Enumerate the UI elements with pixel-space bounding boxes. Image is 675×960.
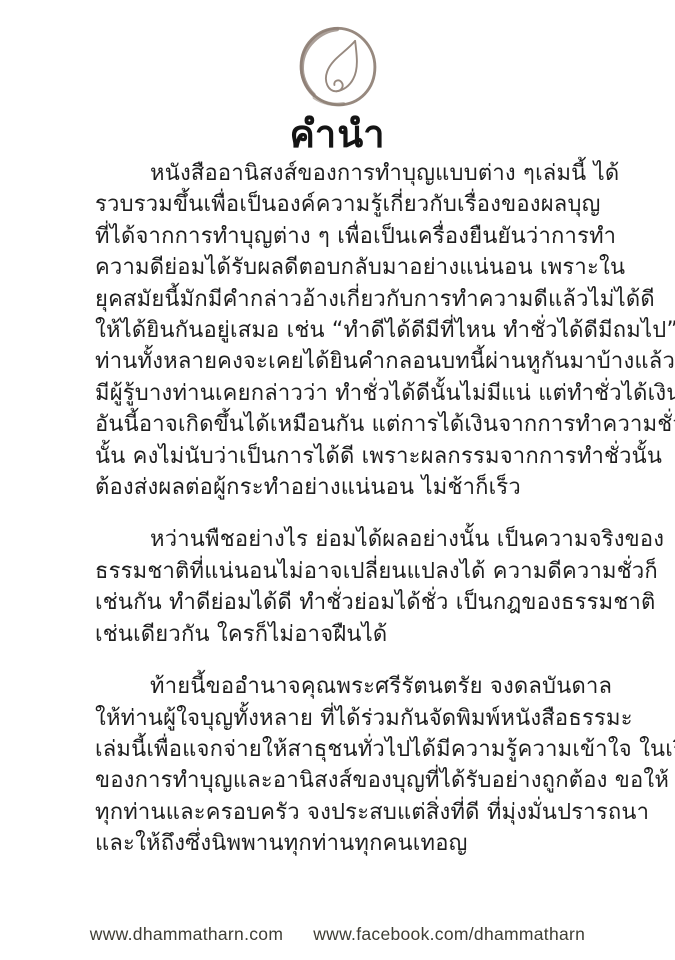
paragraph: ท้ายนี้ขออำนาจคุณพระศรีรัตนตรัย จงดลบันด…	[95, 671, 585, 859]
text-line: เช่นเดียวกัน ใครก็ไม่อาจฝืนได้	[95, 619, 585, 650]
text-line: ให้ได้ยินกันอยู่เสมอ เช่น “ทำดีได้ดีมีที…	[95, 315, 585, 346]
text-line: ความดีย่อมได้รับผลดีตอบกลับมาอย่างแน่นอน…	[95, 252, 585, 283]
text-line: ให้ท่านผู้ใจบุญทั้งหลาย ที่ได้ร่วมกันจัด…	[95, 703, 585, 734]
website-url: www.dhammatharn.com	[90, 924, 283, 945]
text-line: เล่มนี้เพื่อแจกจ่ายให้สาธุชนทั่วไปได้มีค…	[95, 734, 585, 765]
footer: www.dhammatharn.com www.facebook.com/dha…	[0, 924, 675, 945]
logo-container	[0, 22, 675, 112]
facebook-url: www.facebook.com/dhammatharn	[313, 924, 585, 945]
text-line: และให้ถึงซึ่งนิพพานทุกท่านทุกคนเทอญ	[95, 828, 585, 859]
preface-body: หนังสืออานิสงส์ของการทำบุญแบบต่าง ๆเล่มน…	[95, 158, 585, 860]
paragraph: หนังสืออานิสงส์ของการทำบุญแบบต่าง ๆเล่มน…	[95, 158, 585, 503]
text-line: หว่านพืชอย่างไร ย่อมได้ผลอย่างนั้น เป็นค…	[95, 524, 585, 555]
bodhi-leaf-logo-icon	[293, 22, 383, 112]
text-line: รวบรวมขึ้นเพื่อเป็นองค์ความรู้เกี่ยวกับเ…	[95, 189, 585, 220]
text-line: ยุคสมัยนี้มักมีคำกล่าวอ้างเกี่ยวกับการทำ…	[95, 284, 585, 315]
text-line: อันนี้อาจเกิดขึ้นได้เหมือนกัน แต่การได้เ…	[95, 409, 585, 440]
text-line: ท่านทั้งหลายคงจะเคยได้ยินคำกลอนบทนี้ผ่าน…	[95, 346, 585, 377]
text-line: ท้ายนี้ขออำนาจคุณพระศรีรัตนตรัย จงดลบันด…	[95, 671, 585, 702]
text-line: ธรรมชาติที่แน่นอนไม่อาจเปลี่ยนแปลงได้ คว…	[95, 556, 585, 587]
text-line: นั้น คงไม่นับว่าเป็นการได้ดี เพราะผลกรรม…	[95, 441, 585, 472]
page-title: คำนำ	[0, 103, 675, 164]
text-line: มีผู้รู้บางท่านเคยกล่าวว่า ทำชั่วได้ดีนั…	[95, 378, 585, 409]
text-line: ที่ได้จากการทำบุญต่าง ๆ เพื่อเป็นเครื่อง…	[95, 221, 585, 252]
text-line: หนังสืออานิสงส์ของการทำบุญแบบต่าง ๆเล่มน…	[95, 158, 585, 189]
text-line: ทุกท่านและครอบครัว จงประสบแต่สิ่งที่ดี ท…	[95, 797, 585, 828]
text-line: เช่นกัน ทำดีย่อมได้ดี ทำชั่วย่อมได้ชั่ว …	[95, 587, 585, 618]
book-page: คำนำ หนังสืออานิสงส์ของการทำบุญแบบต่าง ๆ…	[0, 0, 675, 960]
text-line: ต้องส่งผลต่อผู้กระทำอย่างแน่นอน ไม่ช้าก็…	[95, 472, 585, 503]
text-line: ของการทำบุญและอานิสงส์ของบุญที่ได้รับอย่…	[95, 765, 585, 796]
paragraph: หว่านพืชอย่างไร ย่อมได้ผลอย่างนั้น เป็นค…	[95, 524, 585, 650]
